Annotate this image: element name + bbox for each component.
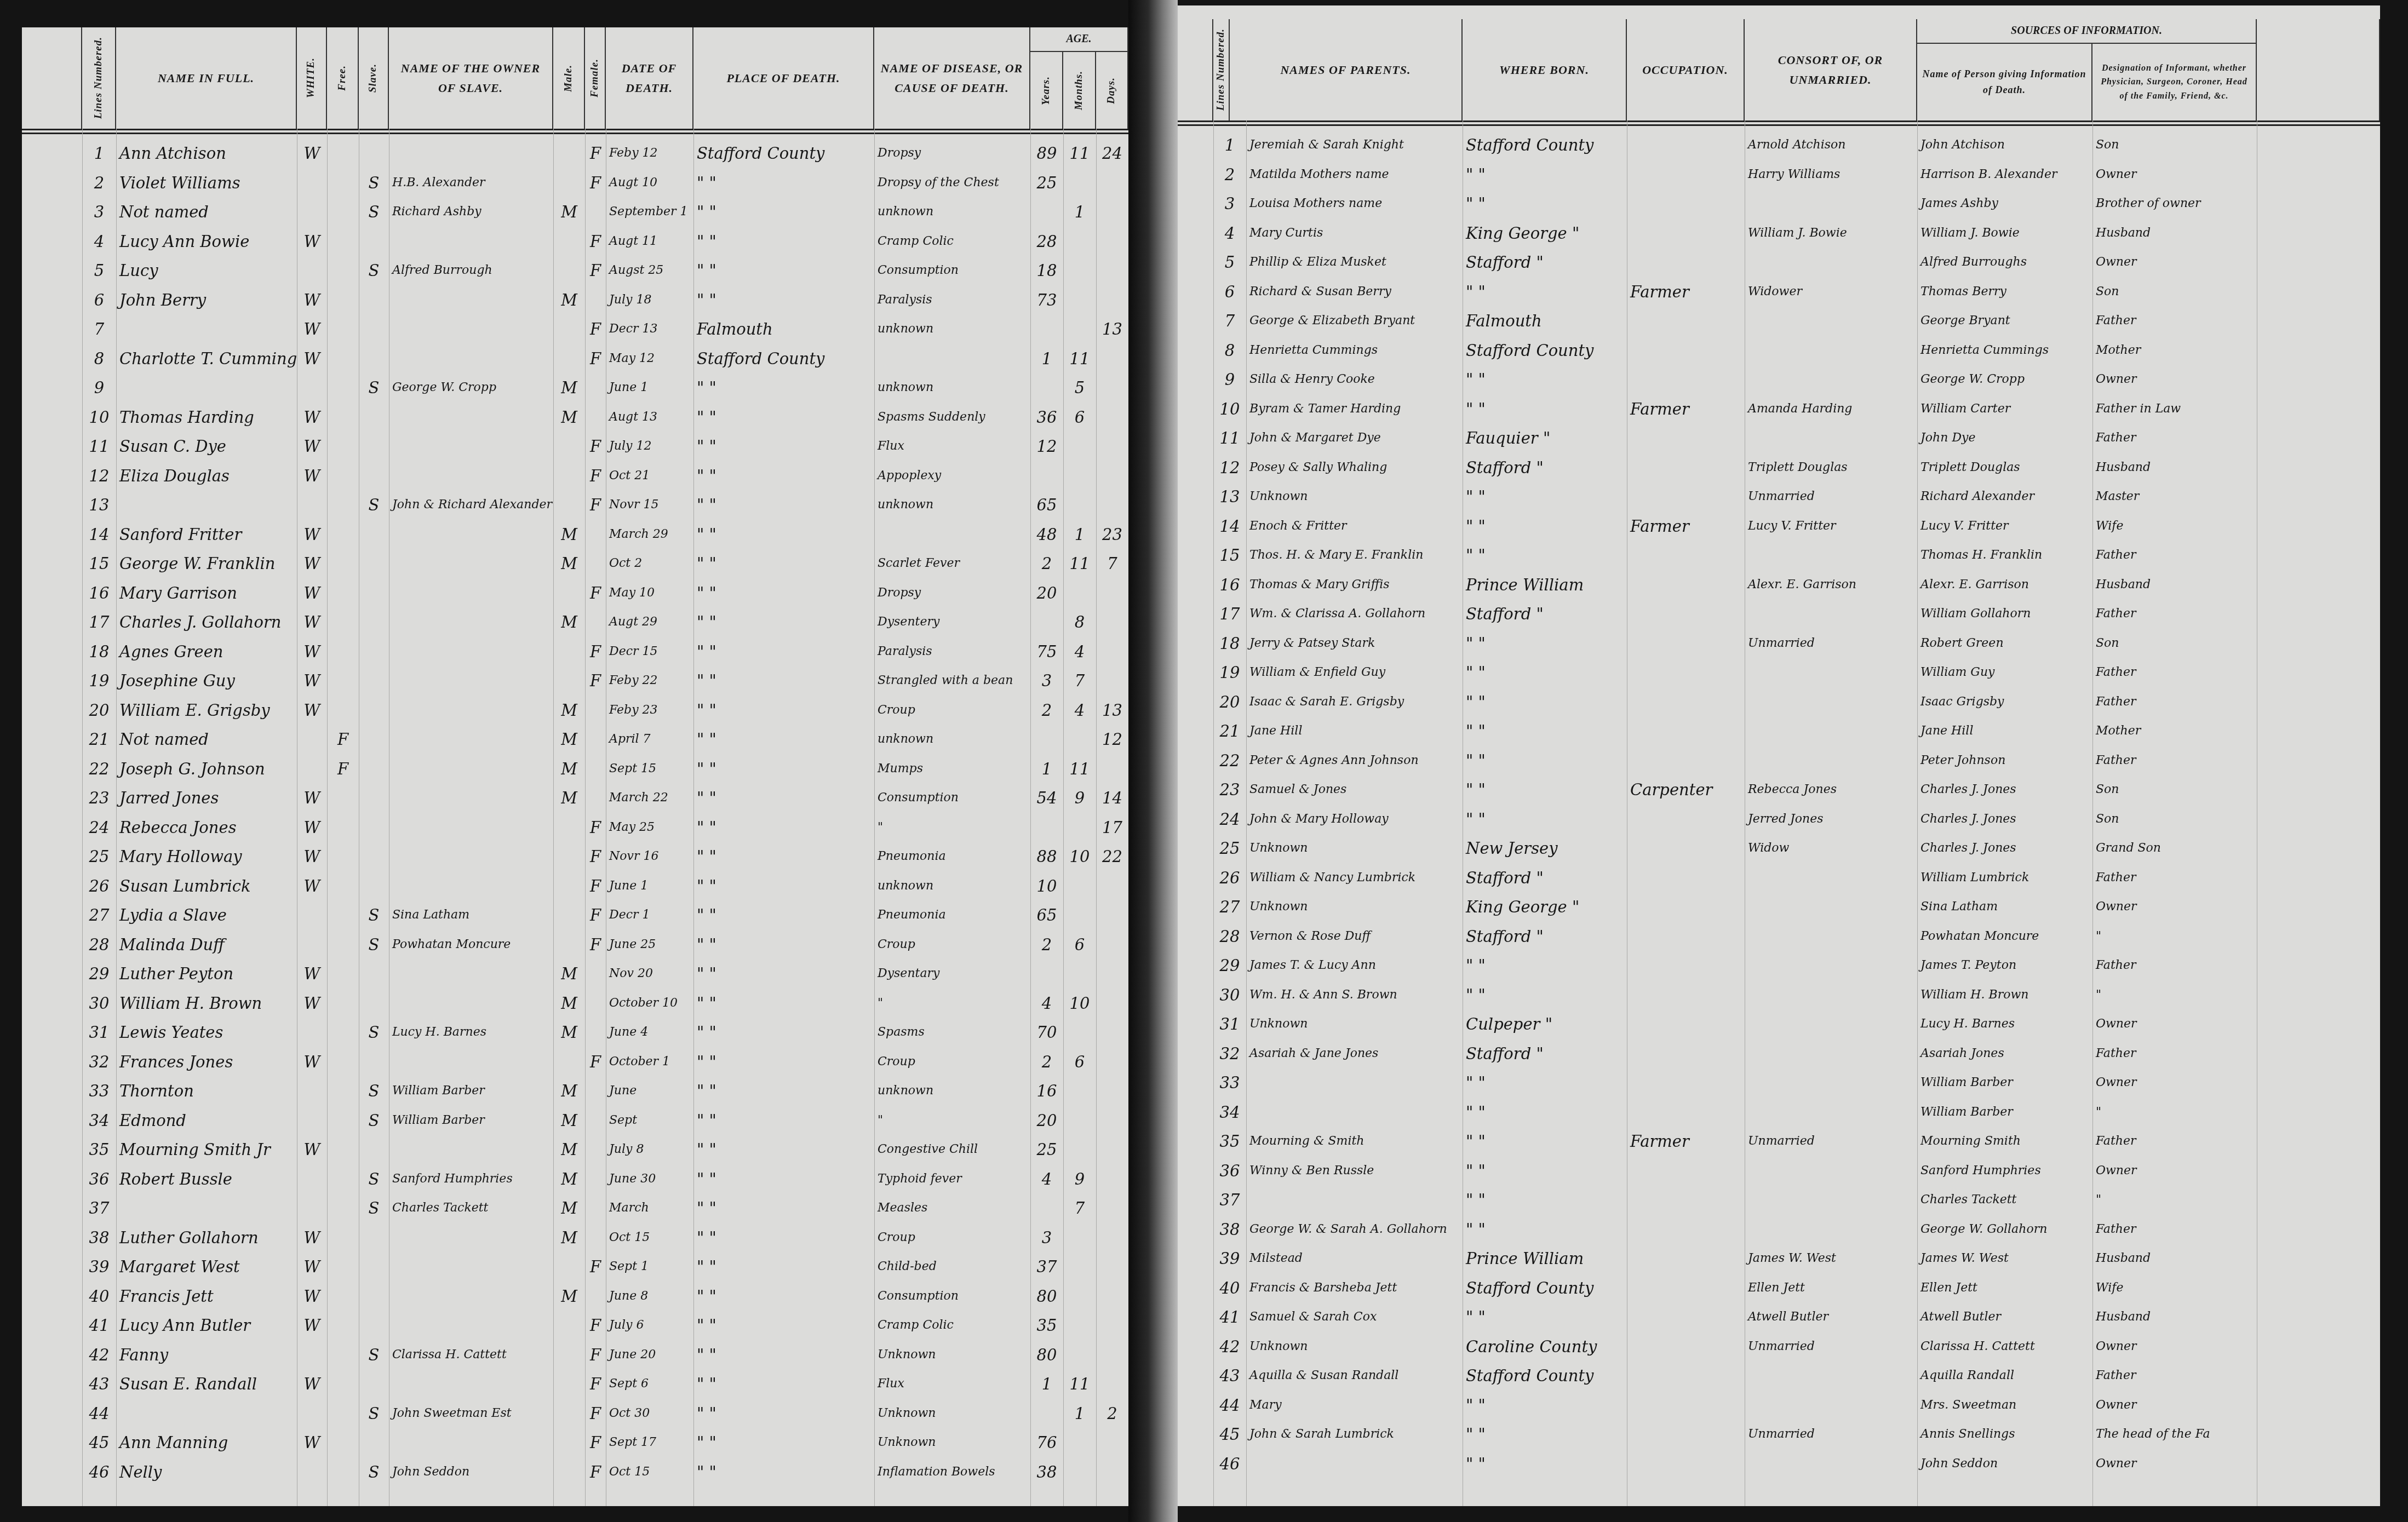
header-consort: CONSORT OF, OR UNMARRIED. bbox=[1745, 19, 1917, 120]
name-in-full-cell: Lydia a Slave bbox=[116, 901, 297, 929]
line-number-cell: 44 bbox=[82, 1400, 116, 1427]
where-born-cell: " " bbox=[1463, 1157, 1627, 1185]
line-number-cell: 27 bbox=[82, 901, 116, 929]
slave-mark-cell bbox=[359, 990, 389, 1017]
white-mark-cell: W bbox=[297, 1370, 327, 1398]
consort-cell: James W. West bbox=[1745, 1245, 1917, 1272]
cause-of-death-cell: Croup bbox=[874, 697, 1030, 724]
age-years-cell: 3 bbox=[1030, 667, 1063, 694]
informant-name-cell: Jane Hill bbox=[1917, 717, 2092, 745]
occupation-cell bbox=[1627, 249, 1745, 276]
male-mark-cell bbox=[553, 1253, 585, 1280]
name-in-full-cell: Luther Peyton bbox=[116, 960, 297, 987]
consort-cell bbox=[1745, 688, 1917, 716]
name-in-full-cell: Agnes Green bbox=[116, 638, 297, 665]
age-years-cell: 2 bbox=[1030, 550, 1063, 577]
age-days-cell: 12 bbox=[1096, 726, 1128, 753]
male-mark-cell bbox=[553, 345, 585, 372]
names-of-parents-cell: Wm. & Clarissa A. Gollahorn bbox=[1246, 600, 1463, 628]
date-of-death-cell: March 22 bbox=[606, 784, 693, 812]
right-register-row: 14Enoch & Fritter" "FarmerLucy V. Fritte… bbox=[1178, 513, 2380, 540]
left-register-row: 13SJohn & Richard AlexanderFNovr 15" "un… bbox=[22, 491, 1128, 519]
date-of-death-cell: June 1 bbox=[606, 872, 693, 900]
cause-of-death-cell: Consumption bbox=[874, 257, 1030, 284]
names-of-parents-cell: Milstead bbox=[1246, 1245, 1463, 1272]
line-number-cell: 25 bbox=[82, 843, 116, 870]
date-of-death-cell: Oct 15 bbox=[606, 1458, 693, 1486]
free-mark-cell bbox=[327, 843, 359, 870]
white-mark-cell: W bbox=[297, 286, 327, 314]
column-rule bbox=[1246, 120, 1247, 1506]
age-months-cell bbox=[1063, 1077, 1096, 1105]
male-mark-cell bbox=[553, 814, 585, 841]
age-months-cell bbox=[1063, 579, 1096, 607]
line-number-cell: 3 bbox=[82, 198, 116, 226]
left-register-row: 14Sanford FritterWMMarch 29" "48123 bbox=[22, 521, 1128, 548]
date-of-death-cell: Sept 17 bbox=[606, 1429, 693, 1456]
age-years-cell: 48 bbox=[1030, 521, 1063, 548]
age-days-cell bbox=[1096, 1224, 1128, 1251]
date-of-death-cell: May 12 bbox=[606, 345, 693, 372]
free-mark-cell bbox=[327, 169, 359, 197]
names-of-parents-cell: Wm. H. & Ann S. Brown bbox=[1246, 981, 1463, 1009]
age-days-cell bbox=[1096, 638, 1128, 665]
white-mark-cell: W bbox=[297, 1048, 327, 1076]
consort-cell bbox=[1745, 1157, 1917, 1185]
where-born-cell: Stafford County bbox=[1463, 1362, 1627, 1389]
female-mark-cell bbox=[585, 608, 606, 636]
white-mark-cell bbox=[297, 1107, 327, 1134]
age-days-cell: 23 bbox=[1096, 521, 1128, 548]
owner-name-cell: Clarissa H. Cattett bbox=[389, 1341, 553, 1369]
name-in-full-cell: Francis Jett bbox=[116, 1283, 297, 1310]
where-born-cell: " " bbox=[1463, 278, 1627, 306]
age-years-cell bbox=[1030, 608, 1063, 636]
cause-of-death-cell: Typhoid fever bbox=[874, 1165, 1030, 1193]
informant-name-cell: Charles Tackett bbox=[1917, 1186, 2092, 1214]
male-mark-cell bbox=[553, 1341, 585, 1369]
place-of-death-cell: " " bbox=[693, 1253, 874, 1280]
name-in-full-cell: Charlotte T. Cummings bbox=[116, 345, 297, 372]
consort-cell bbox=[1745, 981, 1917, 1009]
informant-designation-cell: Mother bbox=[2092, 337, 2257, 364]
date-of-death-cell: October 10 bbox=[606, 990, 693, 1017]
line-number-cell: 35 bbox=[82, 1136, 116, 1163]
names-of-parents-cell: Unknown bbox=[1246, 1333, 1463, 1360]
where-born-cell: " " bbox=[1463, 688, 1627, 716]
informant-designation-cell: Father bbox=[2092, 659, 2257, 686]
names-of-parents-cell: Mary Curtis bbox=[1246, 220, 1463, 247]
line-number-cell: 40 bbox=[82, 1283, 116, 1310]
line-number-cell: 32 bbox=[82, 1048, 116, 1076]
age-months-cell bbox=[1063, 726, 1096, 753]
informant-designation-cell: Wife bbox=[2092, 513, 2257, 540]
line-number-cell: 12 bbox=[82, 462, 116, 490]
place-of-death-cell: " " bbox=[693, 521, 874, 548]
informant-name-cell: Sina Latham bbox=[1917, 893, 2092, 921]
right-register-row: 41Samuel & Sarah Cox" "Atwell ButlerAtwe… bbox=[1178, 1303, 2380, 1331]
age-years-cell: 70 bbox=[1030, 1019, 1063, 1046]
age-days-cell bbox=[1096, 257, 1128, 284]
male-mark-cell: M bbox=[553, 550, 585, 577]
female-mark-cell bbox=[585, 1283, 606, 1310]
free-mark-cell bbox=[327, 697, 359, 724]
name-in-full-cell: Lucy Ann Butler bbox=[116, 1312, 297, 1339]
consort-cell: Amanda Harding bbox=[1745, 395, 1917, 423]
date-of-death-cell: March 29 bbox=[606, 521, 693, 548]
informant-designation-cell: Father bbox=[2092, 307, 2257, 335]
owner-name-cell bbox=[389, 228, 553, 255]
left-page-header: Lines Numbered. NAME IN FULL. WHITE. Fre… bbox=[22, 27, 1128, 134]
owner-name-cell bbox=[389, 462, 553, 490]
informant-name-cell: Annis Snellings bbox=[1917, 1421, 2092, 1448]
female-mark-cell bbox=[585, 286, 606, 314]
age-days-cell bbox=[1096, 1019, 1128, 1046]
occupation-cell bbox=[1627, 1245, 1745, 1272]
name-in-full-cell: Ann Atchison bbox=[116, 140, 297, 167]
date-of-death-cell: Feby 23 bbox=[606, 697, 693, 724]
consort-cell bbox=[1745, 1186, 1917, 1214]
line-number-cell: 45 bbox=[82, 1429, 116, 1456]
line-number-cell: 32 bbox=[1213, 1040, 1246, 1067]
line-number-cell: 33 bbox=[82, 1077, 116, 1105]
where-born-cell: " " bbox=[1463, 1216, 1627, 1243]
informant-designation-cell: Father bbox=[2092, 1128, 2257, 1155]
age-months-cell bbox=[1063, 433, 1096, 460]
male-mark-cell: M bbox=[553, 1165, 585, 1193]
header-years: Years. bbox=[1030, 52, 1063, 129]
right-register-row: 13Unknown" "UnmarriedRichard AlexanderMa… bbox=[1178, 483, 2380, 510]
informant-designation-cell: The head of the Fa bbox=[2092, 1421, 2257, 1448]
names-of-parents-cell: William & Enfield Guy bbox=[1246, 659, 1463, 686]
informant-designation-cell: Father bbox=[2092, 542, 2257, 569]
male-mark-cell bbox=[553, 931, 585, 958]
free-mark-cell bbox=[327, 1048, 359, 1076]
left-register-row: 45Ann ManningWFSept 17" "Unknown76 bbox=[22, 1429, 1128, 1456]
informant-name-cell: William Lumbrick bbox=[1917, 864, 2092, 892]
age-months-cell: 11 bbox=[1063, 1370, 1096, 1398]
right-register-row: 22Peter & Agnes Ann Johnson" "Peter John… bbox=[1178, 747, 2380, 774]
column-rule bbox=[693, 129, 694, 1506]
informant-name-cell: Richard Alexander bbox=[1917, 483, 2092, 510]
age-years-cell: 35 bbox=[1030, 1312, 1063, 1339]
name-in-full-cell: William E. Grigsby bbox=[116, 697, 297, 724]
consort-cell bbox=[1745, 864, 1917, 892]
free-mark-cell bbox=[327, 1107, 359, 1134]
owner-name-cell bbox=[389, 784, 553, 812]
male-mark-cell bbox=[553, 169, 585, 197]
occupation-cell bbox=[1627, 835, 1745, 862]
occupation-cell: Carpenter bbox=[1627, 776, 1745, 803]
where-born-cell: Stafford " bbox=[1463, 923, 1627, 950]
informant-name-cell: George Bryant bbox=[1917, 307, 2092, 335]
header-sources-of-information: SOURCES OF INFORMATION. bbox=[1917, 19, 2257, 44]
left-register-row: 35Mourning Smith JrWMJuly 8" "Congestive… bbox=[22, 1136, 1128, 1163]
slave-mark-cell bbox=[359, 1253, 389, 1280]
age-years-cell bbox=[1030, 726, 1063, 753]
occupation-cell bbox=[1627, 1362, 1745, 1389]
informant-name-cell: George W. Gollahorn bbox=[1917, 1216, 2092, 1243]
informant-designation-cell: Wife bbox=[2092, 1274, 2257, 1302]
age-years-cell bbox=[1030, 1400, 1063, 1427]
age-days-cell bbox=[1096, 1429, 1128, 1456]
age-months-cell: 9 bbox=[1063, 1165, 1096, 1193]
slave-mark-cell: S bbox=[359, 1194, 389, 1222]
informant-name-cell: Charles J. Jones bbox=[1917, 776, 2092, 803]
date-of-death-cell: Oct 21 bbox=[606, 462, 693, 490]
white-mark-cell bbox=[297, 198, 327, 226]
owner-name-cell bbox=[389, 521, 553, 548]
right-register-row: 6Richard & Susan Berry" "FarmerWidowerTh… bbox=[1178, 278, 2380, 306]
header-where-born: WHERE BORN. bbox=[1463, 19, 1627, 120]
white-mark-cell: W bbox=[297, 228, 327, 255]
right-register-row: 37" "Charles Tackett" bbox=[1178, 1186, 2380, 1214]
age-months-cell: 7 bbox=[1063, 1194, 1096, 1222]
informant-name-cell: Thomas Berry bbox=[1917, 278, 2092, 306]
line-number-cell: 1 bbox=[1213, 131, 1246, 159]
right-register-row: 36Winny & Ben Russle" "Sanford Humphries… bbox=[1178, 1157, 2380, 1185]
white-mark-cell bbox=[297, 1400, 327, 1427]
line-number-cell: 12 bbox=[1213, 454, 1246, 481]
consort-cell bbox=[1745, 1069, 1917, 1096]
date-of-death-cell: Decr 13 bbox=[606, 315, 693, 343]
informant-designation-cell: Father bbox=[2092, 424, 2257, 452]
line-number-cell: 7 bbox=[1213, 307, 1246, 335]
slave-mark-cell bbox=[359, 960, 389, 987]
slave-mark-cell bbox=[359, 228, 389, 255]
names-of-parents-cell: Samuel & Sarah Cox bbox=[1246, 1303, 1463, 1331]
consort-cell: Arnold Atchison bbox=[1745, 131, 1917, 159]
informant-name-cell: Atwell Butler bbox=[1917, 1303, 2092, 1331]
date-of-death-cell: July 6 bbox=[606, 1312, 693, 1339]
occupation-cell bbox=[1627, 688, 1745, 716]
line-number-cell: 4 bbox=[82, 228, 116, 255]
right-register-row: 3Louisa Mothers name" "James AshbyBrothe… bbox=[1178, 190, 2380, 217]
header-names-of-parents: NAMES OF PARENTS. bbox=[1230, 19, 1463, 120]
slave-mark-cell bbox=[359, 1224, 389, 1251]
names-of-parents-cell bbox=[1246, 1186, 1463, 1214]
slave-mark-cell: S bbox=[359, 491, 389, 519]
occupation-cell bbox=[1627, 1333, 1745, 1360]
age-days-cell bbox=[1096, 404, 1128, 431]
cause-of-death-cell: unknown bbox=[874, 726, 1030, 753]
right-register-row: 40Francis & Barsheba JettStafford County… bbox=[1178, 1274, 2380, 1302]
age-months-cell bbox=[1063, 1019, 1096, 1046]
female-mark-cell bbox=[585, 1194, 606, 1222]
owner-name-cell bbox=[389, 1048, 553, 1076]
age-days-cell bbox=[1096, 931, 1128, 958]
female-mark-cell bbox=[585, 697, 606, 724]
age-months-cell: 8 bbox=[1063, 608, 1096, 636]
informant-designation-cell: Owner bbox=[2092, 893, 2257, 921]
male-mark-cell bbox=[553, 1370, 585, 1398]
informant-designation-cell: Owner bbox=[2092, 1450, 2257, 1478]
left-register-page: Lines Numbered. NAME IN FULL. WHITE. Fre… bbox=[22, 27, 1128, 1506]
column-rule bbox=[2257, 120, 2257, 1506]
left-register-row: 41Lucy Ann ButlerWFJuly 6" "Cramp Colic3… bbox=[22, 1312, 1128, 1339]
place-of-death-cell: Stafford County bbox=[693, 140, 874, 167]
female-mark-cell bbox=[585, 755, 606, 783]
names-of-parents-cell: Unknown bbox=[1246, 893, 1463, 921]
names-of-parents-cell: Jane Hill bbox=[1246, 717, 1463, 745]
names-of-parents-cell: Enoch & Fritter bbox=[1246, 513, 1463, 540]
consort-cell: Unmarried bbox=[1745, 1128, 1917, 1155]
consort-cell bbox=[1745, 1010, 1917, 1038]
age-days-cell: 7 bbox=[1096, 550, 1128, 577]
free-mark-cell bbox=[327, 901, 359, 929]
free-mark-cell bbox=[327, 1224, 359, 1251]
header-line-number: Lines Numbered. bbox=[82, 27, 116, 129]
line-number-cell: 17 bbox=[1213, 600, 1246, 628]
age-months-cell: 1 bbox=[1063, 521, 1096, 548]
female-mark-cell bbox=[585, 1019, 606, 1046]
name-in-full-cell: Violet Williams bbox=[116, 169, 297, 197]
age-days-cell bbox=[1096, 169, 1128, 197]
right-register-row: 5Phillip & Eliza MusketStafford "Alfred … bbox=[1178, 249, 2380, 276]
informant-designation-cell: " bbox=[2092, 1186, 2257, 1214]
age-years-cell: 54 bbox=[1030, 784, 1063, 812]
owner-name-cell bbox=[389, 872, 553, 900]
line-number-cell: 36 bbox=[82, 1165, 116, 1193]
informant-designation-cell: Father bbox=[2092, 688, 2257, 716]
age-years-cell: 10 bbox=[1030, 872, 1063, 900]
white-mark-cell: W bbox=[297, 1224, 327, 1251]
age-months-cell: 6 bbox=[1063, 1048, 1096, 1076]
occupation-cell bbox=[1627, 893, 1745, 921]
owner-name-cell: George W. Cropp bbox=[389, 374, 553, 401]
place-of-death-cell: " " bbox=[693, 1370, 874, 1398]
male-mark-cell bbox=[553, 1458, 585, 1486]
slave-mark-cell bbox=[359, 579, 389, 607]
age-years-cell: 25 bbox=[1030, 169, 1063, 197]
informant-name-cell: Charles J. Jones bbox=[1917, 835, 2092, 862]
left-register-row: 33ThorntonSWilliam BarberMJune" "unknown… bbox=[22, 1077, 1128, 1105]
male-mark-cell: M bbox=[553, 960, 585, 987]
female-mark-cell: F bbox=[585, 1400, 606, 1427]
free-mark-cell bbox=[327, 462, 359, 490]
white-mark-cell bbox=[297, 931, 327, 958]
line-number-cell: 27 bbox=[1213, 893, 1246, 921]
names-of-parents-cell: Thos. H. & Mary E. Franklin bbox=[1246, 542, 1463, 569]
where-born-cell: Stafford " bbox=[1463, 454, 1627, 481]
age-months-cell: 11 bbox=[1063, 755, 1096, 783]
age-years-cell: 73 bbox=[1030, 286, 1063, 314]
left-register-row: 6John BerryWMJuly 18" "Paralysis73 bbox=[22, 286, 1128, 314]
where-born-cell: Caroline County bbox=[1463, 1333, 1627, 1360]
female-mark-cell: F bbox=[585, 1458, 606, 1486]
free-mark-cell bbox=[327, 667, 359, 694]
age-months-cell: 5 bbox=[1063, 374, 1096, 401]
right-register-row: 4Mary CurtisKing George "William J. Bowi… bbox=[1178, 220, 2380, 247]
name-in-full-cell: Margaret West bbox=[116, 1253, 297, 1280]
slave-mark-cell: S bbox=[359, 931, 389, 958]
slave-mark-cell bbox=[359, 462, 389, 490]
age-years-cell: 65 bbox=[1030, 491, 1063, 519]
female-mark-cell bbox=[585, 1165, 606, 1193]
left-register-row: 4Lucy Ann BowieWFAugt 11" "Cramp Colic28 bbox=[22, 228, 1128, 255]
left-register-row: 15George W. FranklinWMOct 2" "Scarlet Fe… bbox=[22, 550, 1128, 577]
informant-name-cell: Triplett Douglas bbox=[1917, 454, 2092, 481]
place-of-death-cell: " " bbox=[693, 1312, 874, 1339]
owner-name-cell bbox=[389, 345, 553, 372]
free-mark-cell bbox=[327, 345, 359, 372]
owner-name-cell bbox=[389, 579, 553, 607]
slave-mark-cell bbox=[359, 286, 389, 314]
age-days-cell bbox=[1096, 286, 1128, 314]
free-mark-cell bbox=[327, 1253, 359, 1280]
white-mark-cell: W bbox=[297, 404, 327, 431]
consort-cell: Unmarried bbox=[1745, 483, 1917, 510]
age-days-cell: 13 bbox=[1096, 315, 1128, 343]
free-mark-cell bbox=[327, 433, 359, 460]
place-of-death-cell: " " bbox=[693, 726, 874, 753]
place-of-death-cell: " " bbox=[693, 228, 874, 255]
right-register-row: 21Jane Hill" "Jane HillMother bbox=[1178, 717, 2380, 745]
left-register-row: 3Not namedSRichard AshbyMSeptember 1" "u… bbox=[22, 198, 1128, 226]
occupation-cell bbox=[1627, 366, 1745, 393]
age-years-cell bbox=[1030, 1194, 1063, 1222]
male-mark-cell: M bbox=[553, 1194, 585, 1222]
age-days-cell bbox=[1096, 1107, 1128, 1134]
consort-cell bbox=[1745, 717, 1917, 745]
left-register-row: 23Jarred JonesWMMarch 22" "Consumption54… bbox=[22, 784, 1128, 812]
cause-of-death-cell: unknown bbox=[874, 374, 1030, 401]
right-register-row: 43Aquilla & Susan RandallStafford County… bbox=[1178, 1362, 2380, 1389]
date-of-death-cell: June bbox=[606, 1077, 693, 1105]
names-of-parents-cell: Francis & Barsheba Jett bbox=[1246, 1274, 1463, 1302]
age-days-cell bbox=[1096, 608, 1128, 636]
slave-mark-cell bbox=[359, 814, 389, 841]
informant-name-cell: James T. Peyton bbox=[1917, 952, 2092, 979]
cause-of-death-cell: Dropsy bbox=[874, 579, 1030, 607]
white-mark-cell bbox=[297, 491, 327, 519]
informant-designation-cell: Husband bbox=[2092, 220, 2257, 247]
consort-cell bbox=[1745, 1362, 1917, 1389]
date-of-death-cell: Augt 29 bbox=[606, 608, 693, 636]
female-mark-cell: F bbox=[585, 228, 606, 255]
line-number-cell: 39 bbox=[82, 1253, 116, 1280]
free-mark-cell bbox=[327, 228, 359, 255]
name-in-full-cell bbox=[116, 491, 297, 519]
left-register-row: 42FannySClarissa H. CattettFJune 20" "Un… bbox=[22, 1341, 1128, 1369]
age-months-cell bbox=[1063, 814, 1096, 841]
age-months-cell bbox=[1063, 960, 1096, 987]
age-years-cell: 4 bbox=[1030, 1165, 1063, 1193]
free-mark-cell bbox=[327, 1312, 359, 1339]
owner-name-cell bbox=[389, 814, 553, 841]
where-born-cell: King George " bbox=[1463, 893, 1627, 921]
male-mark-cell: M bbox=[553, 755, 585, 783]
white-mark-cell: W bbox=[297, 638, 327, 665]
age-years-cell: 1 bbox=[1030, 345, 1063, 372]
name-in-full-cell bbox=[116, 1400, 297, 1427]
where-born-cell: Stafford County bbox=[1463, 131, 1627, 159]
cause-of-death-cell: Flux bbox=[874, 1370, 1030, 1398]
where-born-cell: " " bbox=[1463, 717, 1627, 745]
female-mark-cell bbox=[585, 784, 606, 812]
age-days-cell bbox=[1096, 1136, 1128, 1163]
header-occupation: OCCUPATION. bbox=[1627, 19, 1745, 120]
consort-cell bbox=[1745, 952, 1917, 979]
cause-of-death-cell: Consumption bbox=[874, 1283, 1030, 1310]
names-of-parents-cell: Unknown bbox=[1246, 483, 1463, 510]
cause-of-death-cell: Strangled with a bean bbox=[874, 667, 1030, 694]
line-number-cell: 25 bbox=[1213, 835, 1246, 862]
slave-mark-cell bbox=[359, 1370, 389, 1398]
date-of-death-cell: Oct 15 bbox=[606, 1224, 693, 1251]
consort-cell bbox=[1745, 337, 1917, 364]
line-number-cell: 8 bbox=[82, 345, 116, 372]
